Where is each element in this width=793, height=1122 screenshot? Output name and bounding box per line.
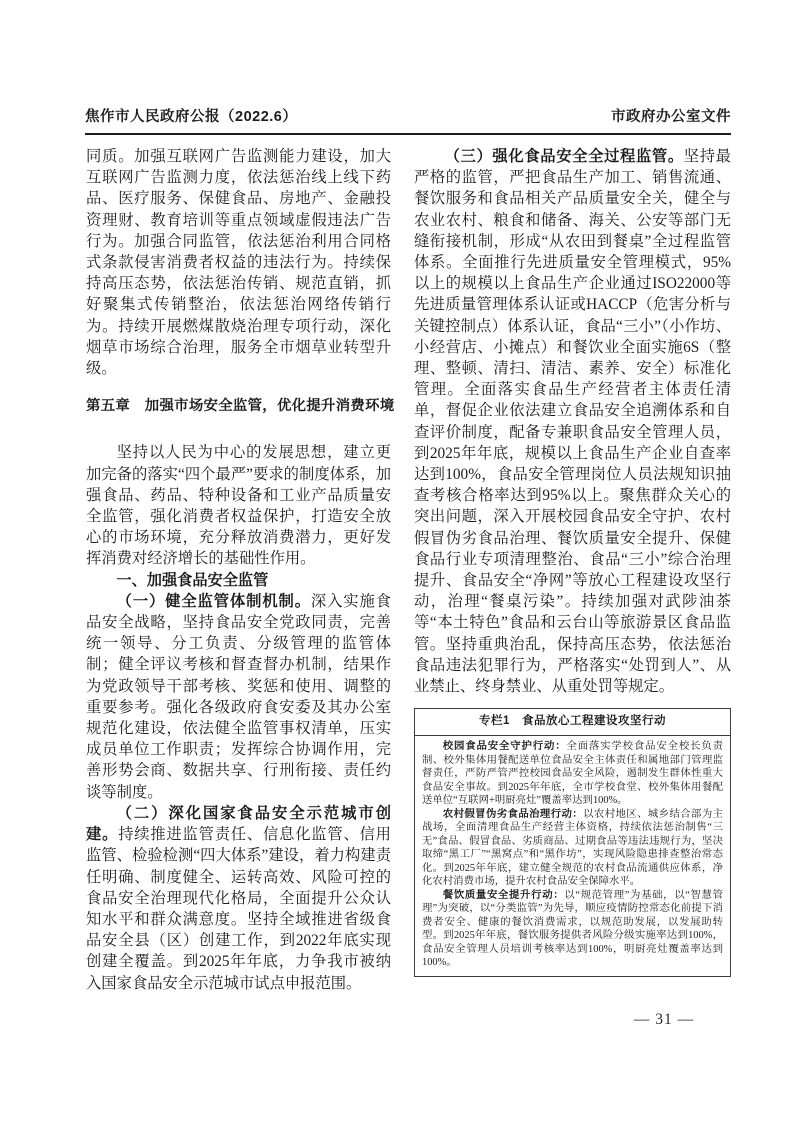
document-category-label: 市政府办公室文件 [611,105,731,126]
gazette-page: 焦作市人民政府公报（2022.6） 市政府办公室文件 同质。加强互联网广告监测能… [0,0,793,1122]
page-header: 焦作市人民政府公报（2022.6） 市政府办公室文件 [85,105,731,135]
box-action-campus: 校园食品安全守护行动：全面落实学校食品安全校长负责制、校外集体用餐配送单位食品安… [422,740,723,808]
item-1-body: 深入实施食品安全战略，坚持食品安全党政同责，完善统一领导、分工负责、分级管理的监… [86,593,391,801]
gazette-title: 焦作市人民政府公报（2022.6） [85,105,297,126]
box-action-catering-body: 以“规范管理”为基础，以“智慧管理”为突破，以“分类监管”为先导，顺应疫情防控常… [422,890,723,969]
paragraph-item-3: （三）强化食品安全全过程监管。坚持最严格的监管，严把食品生产加工、销售流通、餐饮… [414,146,731,697]
left-column: 同质。加强互联网广告监测能力建设，加大互联网广告监测力度，依法惩治线上线下药品、… [86,146,391,994]
box-action-rural: 农村假冒伪劣食品治理行动：以农村地区、城乡结合部为主战场，全面清理食品生产经营主… [422,808,723,889]
right-column: （三）强化食品安全全过程监管。坚持最严格的监管，严把食品生产加工、销售流通、餐饮… [414,146,731,977]
paragraph-intro: 坚持以人民为中心的发展思想，建立更加完备的落实“四个最严”要求的制度体系，加强食… [86,442,391,569]
box-action-catering: 餐饮质量安全提升行动：以“规范管理”为基础，以“智慧管理”为突破，以“分类监管”… [422,889,723,970]
page-number: — 31 — [604,1011,724,1029]
special-column-box-body: 校园食品安全守护行动：全面落实学校食品安全校长负责制、校外集体用餐配送单位食品安… [415,736,730,976]
box-action-campus-lead: 校园食品安全守护行动： [443,741,567,752]
paragraph-continuation: 同质。加强互联网广告监测能力建设，加大互联网广告监测力度，依法惩治线上线下药品、… [86,146,391,379]
section-heading-food-safety: 一、加强食品安全监管 [86,570,391,591]
paragraph-item-2: （二）深化国家食品安全示范城市创建。持续推进监管责任、信息化监管、信用监管、检验… [86,803,391,994]
special-column-box: 专栏1 食品放心工程建设攻坚行动 校园食品安全守护行动：全面落实学校食品安全校长… [414,708,731,977]
box-action-rural-lead: 农村假冒伪劣食品治理行动： [443,809,583,820]
chapter-heading: 第五章 加强市场安全监管，优化提升消费环境 [86,396,391,417]
box-action-rural-body: 以农村地区、城乡结合部为主战场，全面清理食品生产经营主体资格，持续依法惩治制售“… [422,809,723,888]
item-1-lead: （一）健全监管体制机制。 [117,593,311,610]
item-3-body: 坚持最严格的监管，严把食品生产加工、销售流通、餐饮服务和食品相关产品质量安全关，… [414,148,731,695]
item-2-body: 持续推进监管责任、信息化监管、信用监管、检验检测“四大体系”建设，着力构建责任明… [86,826,391,991]
box-action-catering-lead: 餐饮质量安全提升行动： [443,890,564,901]
paragraph-item-1: （一）健全监管体制机制。深入实施食品安全战略，坚持食品安全党政同责，完善统一领导… [86,591,391,803]
item-3-lead: （三）强化食品安全全过程监管。 [445,148,684,165]
special-column-box-title: 专栏1 食品放心工程建设攻坚行动 [415,709,730,736]
